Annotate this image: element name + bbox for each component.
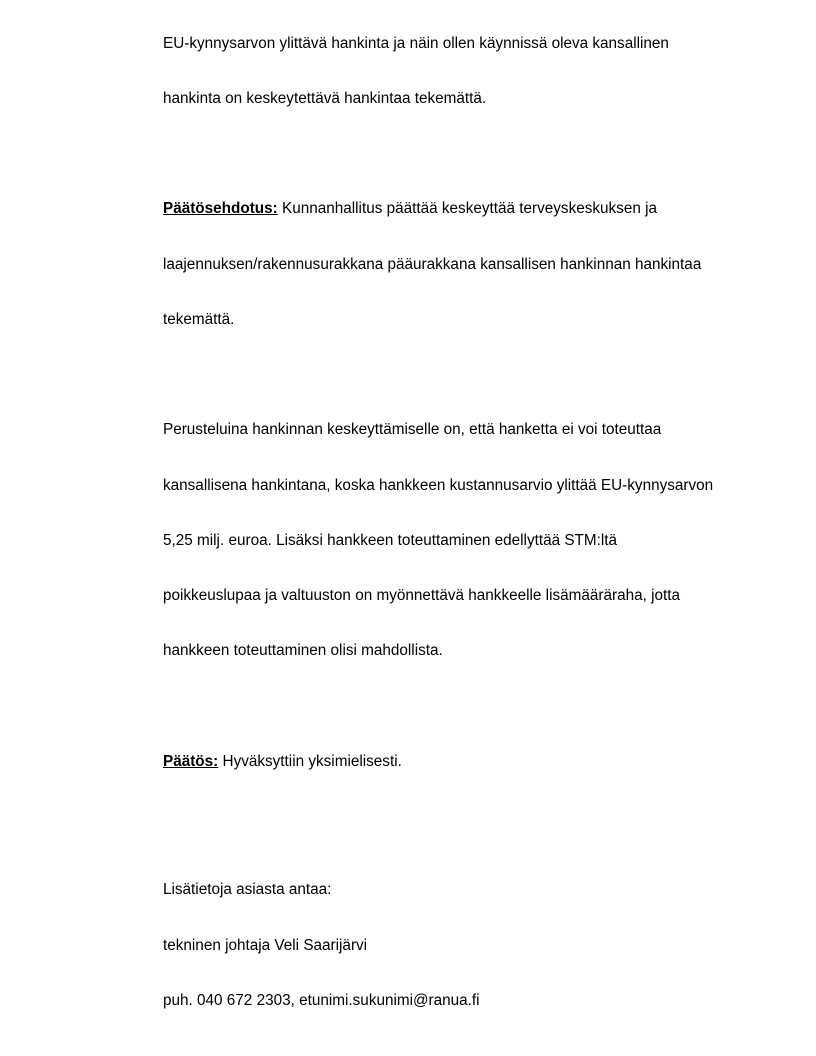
contact-paragraph: Lisätietoja asiasta antaa: tekninen joht… [163, 845, 763, 1047]
spacer [163, 697, 763, 715]
justification-paragraph: Perusteluina hankinnan keskeyttämiselle … [163, 385, 763, 698]
proposal-paragraph: Päätösehdotus: Kunnanhallitus päättää ke… [163, 164, 763, 366]
contact-heading: Lisätietoja asiasta antaa: [163, 881, 763, 899]
contact-details: puh. 040 672 2303, etunimi.sukunimi@ranu… [163, 992, 763, 1010]
spacer [163, 808, 763, 845]
justification-line: kansallisena hankintana, koska hankkeen … [163, 477, 763, 495]
intro-line: EU-kynnysarvon ylittävä hankinta ja näin… [163, 35, 763, 53]
justification-line: 5,25 milj. euroa. Lisäksi hankkeen toteu… [163, 532, 763, 550]
decision-paragraph: Päätös: Hyväksyttiin yksimielisesti. [163, 716, 763, 808]
intro-paragraph: EU-kynnysarvon ylittävä hankinta ja näin… [163, 0, 763, 145]
document-page: EU-kynnysarvon ylittävä hankinta ja näin… [163, 0, 763, 1047]
proposal-first-line: Päätösehdotus: Kunnanhallitus päättää ke… [163, 200, 763, 218]
contact-person: tekninen johtaja Veli Saarijärvi [163, 937, 763, 955]
proposal-line: tekemättä. [163, 311, 763, 329]
decision-line: Päätös: Hyväksyttiin yksimielisesti. [163, 753, 763, 771]
justification-line: poikkeuslupaa ja valtuuston on myönnettä… [163, 587, 763, 605]
justification-line: Perusteluina hankinnan keskeyttämiselle … [163, 421, 763, 439]
decision-label: Päätös: [163, 753, 218, 770]
spacer [163, 145, 763, 163]
proposal-text: Kunnanhallitus päättää keskeyttää tervey… [278, 200, 657, 217]
justification-line: hankkeen toteuttaminen olisi mahdollista… [163, 642, 763, 660]
proposal-label: Päätösehdotus: [163, 200, 278, 217]
decision-text: Hyväksyttiin yksimielisesti. [218, 753, 402, 770]
intro-line: hankinta on keskeytettävä hankintaa teke… [163, 90, 763, 108]
proposal-line: laajennuksen/rakennusurakkana pääurakkan… [163, 256, 763, 274]
spacer [163, 366, 763, 384]
